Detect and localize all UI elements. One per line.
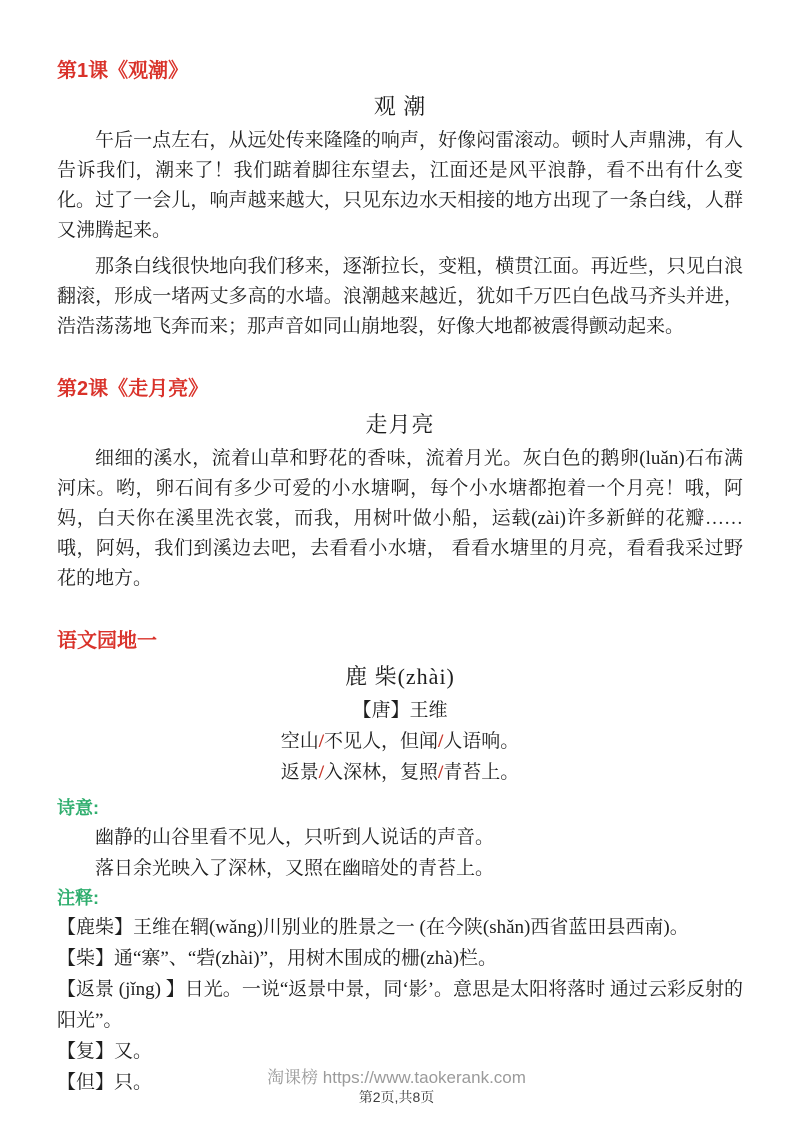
spacer xyxy=(57,594,743,628)
footer-brand-url: 淘课榜 https://www.taokerank.com xyxy=(0,1068,793,1088)
poem-meaning-line-1: 幽静的山谷里看不见人，只听到人说话的声音。 xyxy=(95,822,743,853)
poem-line1-part-b: 不见人，但闻 xyxy=(324,731,438,752)
poem-note-2: 【柴】通“寨”、“砦(zhài)”，用树木围成的栅(zhà)栏。 xyxy=(57,943,743,974)
poem-author: 【唐】王维 xyxy=(57,696,743,726)
poem-note-3: 【返景 (jǐng) 】日光。一说“返景中景，同‘影’。意思是太阳将落时 通过云… xyxy=(57,974,743,1036)
footer-page-number: 第2页,共8页 xyxy=(0,1088,793,1106)
poem-line-2: 返景/入深林，复照/青苔上。 xyxy=(57,757,743,788)
page-footer: 淘课榜 https://www.taokerank.com 第2页,共8页 xyxy=(0,1068,793,1106)
poem-note-1: 【鹿柴】王维在辋(wǎng)川别业的胜景之一 (在今陕(shǎn)西省蓝田县西南… xyxy=(57,912,743,943)
lesson1-paragraph-1: 午后一点左右，从远处传来隆隆的响声，好像闷雷滚动。顿时人声鼎沸，有人告诉我们，潮… xyxy=(57,126,743,246)
spacer xyxy=(57,342,743,376)
lesson2-title: 走月亮 xyxy=(57,410,743,440)
poem-line1-part-c: 人语响。 xyxy=(443,731,519,752)
lesson1-heading: 第1课《观潮》 xyxy=(57,58,743,84)
lesson2-paragraph-1: 细细的溪水，流着山草和野花的香味，流着月光。灰白色的鹅卵(luǎn)石布满河床。… xyxy=(57,444,743,594)
poem-meaning-line-2: 落日余光映入了深林，又照在幽暗处的青苔上。 xyxy=(95,853,743,884)
poem-line2-part-c: 青苔上。 xyxy=(443,762,519,783)
document-page: 第1课《观潮》 观 潮 午后一点左右，从远处传来隆隆的响声，好像闷雷滚动。顿时人… xyxy=(0,0,793,1122)
poem-notes-label: 注释: xyxy=(57,884,743,912)
poem-line2-part-b: 入深林，复照 xyxy=(324,762,438,783)
lesson1-title: 观 潮 xyxy=(57,92,743,122)
poem-line-1: 空山/不见人，但闻/人语响。 xyxy=(57,726,743,757)
garden-heading: 语文园地一 xyxy=(57,628,743,654)
poem-line2-part-a: 返景 xyxy=(281,762,319,783)
poem-meaning-label: 诗意: xyxy=(57,794,743,822)
poem-note-4: 【复】又。 xyxy=(57,1036,743,1067)
lesson1-paragraph-2: 那条白线很快地向我们移来，逐渐拉长，变粗，横贯江面。再近些，只见白浪翻滚，形成一… xyxy=(57,252,743,342)
poem-title: 鹿 柴(zhài) xyxy=(57,662,743,692)
lesson2-heading: 第2课《走月亮》 xyxy=(57,376,743,402)
poem-line1-part-a: 空山 xyxy=(281,731,319,752)
